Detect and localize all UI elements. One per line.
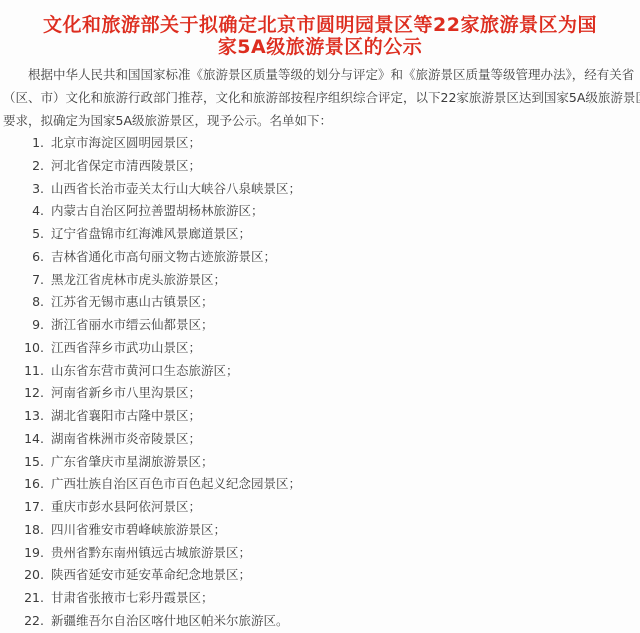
list-item: 3.山西省长治市壶关太行山大峡谷八泉峡景区；: [0, 178, 640, 201]
list-item: 7.黑龙江省虎林市虎头旅游景区；: [0, 269, 640, 292]
list-item-number: 12.: [0, 382, 51, 405]
paragraph-line: 根据中华人民共和国国家标准《旅游景区质量等级的划分与评定》和《旅游景区质量等级管…: [3, 63, 630, 86]
list-item-number: 7.: [0, 269, 51, 292]
attraction-list: 1.北京市海淀区圆明园景区； 2.河北省保定市清西陵景区； 3.山西省长治市壶关…: [0, 132, 640, 633]
page-title-line: 文化和旅游部关于拟确定北京市圆明园景区等22家旅游景区为国: [0, 14, 640, 36]
list-item-text: 北京市海淀区圆明园景区；: [51, 132, 201, 155]
document-page: 文化和旅游部关于拟确定北京市圆明园景区等22家旅游景区为国 家5A级旅游景区的公…: [0, 0, 640, 633]
list-item: 14.湖南省株洲市炎帝陵景区；: [0, 428, 640, 451]
list-item: 8.江苏省无锡市惠山古镇景区；: [0, 291, 640, 314]
list-item-text: 山东省东营市黄河口生态旅游区；: [51, 360, 239, 383]
list-item-text: 内蒙古自治区阿拉善盟胡杨林旅游区；: [51, 200, 264, 223]
list-item: 2.河北省保定市清西陵景区；: [0, 155, 640, 178]
list-item-number: 6.: [0, 246, 51, 269]
list-item-text: 陕西省延安市延安革命纪念地景区；: [51, 564, 251, 587]
list-item-text: 湖北省襄阳市古隆中景区；: [51, 405, 201, 428]
list-item: 9.浙江省丽水市缙云仙都景区；: [0, 314, 640, 337]
list-item-number: 22.: [0, 610, 51, 633]
list-item-number: 1.: [0, 132, 51, 155]
list-item: 6.吉林省通化市高句丽文物古迹旅游景区；: [0, 246, 640, 269]
list-item: 18.四川省雅安市碧峰峡旅游景区；: [0, 519, 640, 542]
list-item-text: 江西省萍乡市武功山景区；: [51, 337, 201, 360]
list-item-text: 山西省长治市壶关太行山大峡谷八泉峡景区；: [51, 178, 301, 201]
list-item-number: 18.: [0, 519, 51, 542]
list-item-text: 新疆维吾尔自治区喀什地区帕米尔旅游区。: [51, 610, 289, 633]
list-item-number: 8.: [0, 291, 51, 314]
list-item-text: 广西壮族自治区百色市百色起义纪念园景区；: [51, 473, 301, 496]
list-item-number: 19.: [0, 542, 51, 565]
intro-paragraph: 根据中华人民共和国国家标准《旅游景区质量等级的划分与评定》和《旅游景区质量等级管…: [0, 63, 640, 132]
list-item-text: 贵州省黔东南州镇远古城旅游景区；: [51, 542, 251, 565]
list-item: 22.新疆维吾尔自治区喀什地区帕米尔旅游区。: [0, 610, 640, 633]
list-item-number: 17.: [0, 496, 51, 519]
list-item-text: 河南省新乡市八里沟景区；: [51, 382, 201, 405]
list-item-number: 2.: [0, 155, 51, 178]
list-item-number: 5.: [0, 223, 51, 246]
list-item-text: 甘肃省张掖市七彩丹霞景区；: [51, 587, 214, 610]
list-item-number: 9.: [0, 314, 51, 337]
paragraph-line: （区、市）文化和旅游行政部门推荐，文化和旅游部按程序组织综合评定，以下22家旅游…: [3, 86, 630, 109]
list-item-text: 四川省雅安市碧峰峡旅游景区；: [51, 519, 226, 542]
list-item-text: 广东省肇庆市星湖旅游景区；: [51, 451, 214, 474]
list-item-text: 河北省保定市清西陵景区；: [51, 155, 201, 178]
paragraph-line: 要求，拟确定为国家5A级旅游景区，现予公示。名单如下：: [3, 109, 630, 132]
list-item-number: 15.: [0, 451, 51, 474]
list-item: 13.湖北省襄阳市古隆中景区；: [0, 405, 640, 428]
list-item-text: 江苏省无锡市惠山古镇景区；: [51, 291, 214, 314]
list-item: 10.江西省萍乡市武功山景区；: [0, 337, 640, 360]
list-item-text: 吉林省通化市高句丽文物古迹旅游景区；: [51, 246, 276, 269]
page-title: 文化和旅游部关于拟确定北京市圆明园景区等22家旅游景区为国 家5A级旅游景区的公…: [0, 0, 640, 58]
list-item-number: 3.: [0, 178, 51, 201]
list-item: 1.北京市海淀区圆明园景区；: [0, 132, 640, 155]
list-item: 15.广东省肇庆市星湖旅游景区；: [0, 451, 640, 474]
list-item: 4.内蒙古自治区阿拉善盟胡杨林旅游区；: [0, 200, 640, 223]
list-item-number: 11.: [0, 360, 51, 383]
list-item-text: 重庆市彭水县阿依河景区；: [51, 496, 201, 519]
list-item: 12.河南省新乡市八里沟景区；: [0, 382, 640, 405]
list-item: 17.重庆市彭水县阿依河景区；: [0, 496, 640, 519]
list-item: 5.辽宁省盘锦市红海滩风景廊道景区；: [0, 223, 640, 246]
list-item-text: 浙江省丽水市缙云仙都景区；: [51, 314, 214, 337]
list-item-number: 14.: [0, 428, 51, 451]
list-item-text: 辽宁省盘锦市红海滩风景廊道景区；: [51, 223, 251, 246]
list-item-text: 黑龙江省虎林市虎头旅游景区；: [51, 269, 226, 292]
list-item: 19.贵州省黔东南州镇远古城旅游景区；: [0, 542, 640, 565]
list-item: 11.山东省东营市黄河口生态旅游区；: [0, 360, 640, 383]
list-item-number: 16.: [0, 473, 51, 496]
list-item-number: 20.: [0, 564, 51, 587]
list-item-number: 4.: [0, 200, 51, 223]
page-title-line: 家5A级旅游景区的公示: [0, 36, 640, 58]
list-item: 20.陕西省延安市延安革命纪念地景区；: [0, 564, 640, 587]
list-item-number: 10.: [0, 337, 51, 360]
list-item: 16.广西壮族自治区百色市百色起义纪念园景区；: [0, 473, 640, 496]
list-item-number: 13.: [0, 405, 51, 428]
list-item: 21.甘肃省张掖市七彩丹霞景区；: [0, 587, 640, 610]
list-item-number: 21.: [0, 587, 51, 610]
list-item-text: 湖南省株洲市炎帝陵景区；: [51, 428, 201, 451]
